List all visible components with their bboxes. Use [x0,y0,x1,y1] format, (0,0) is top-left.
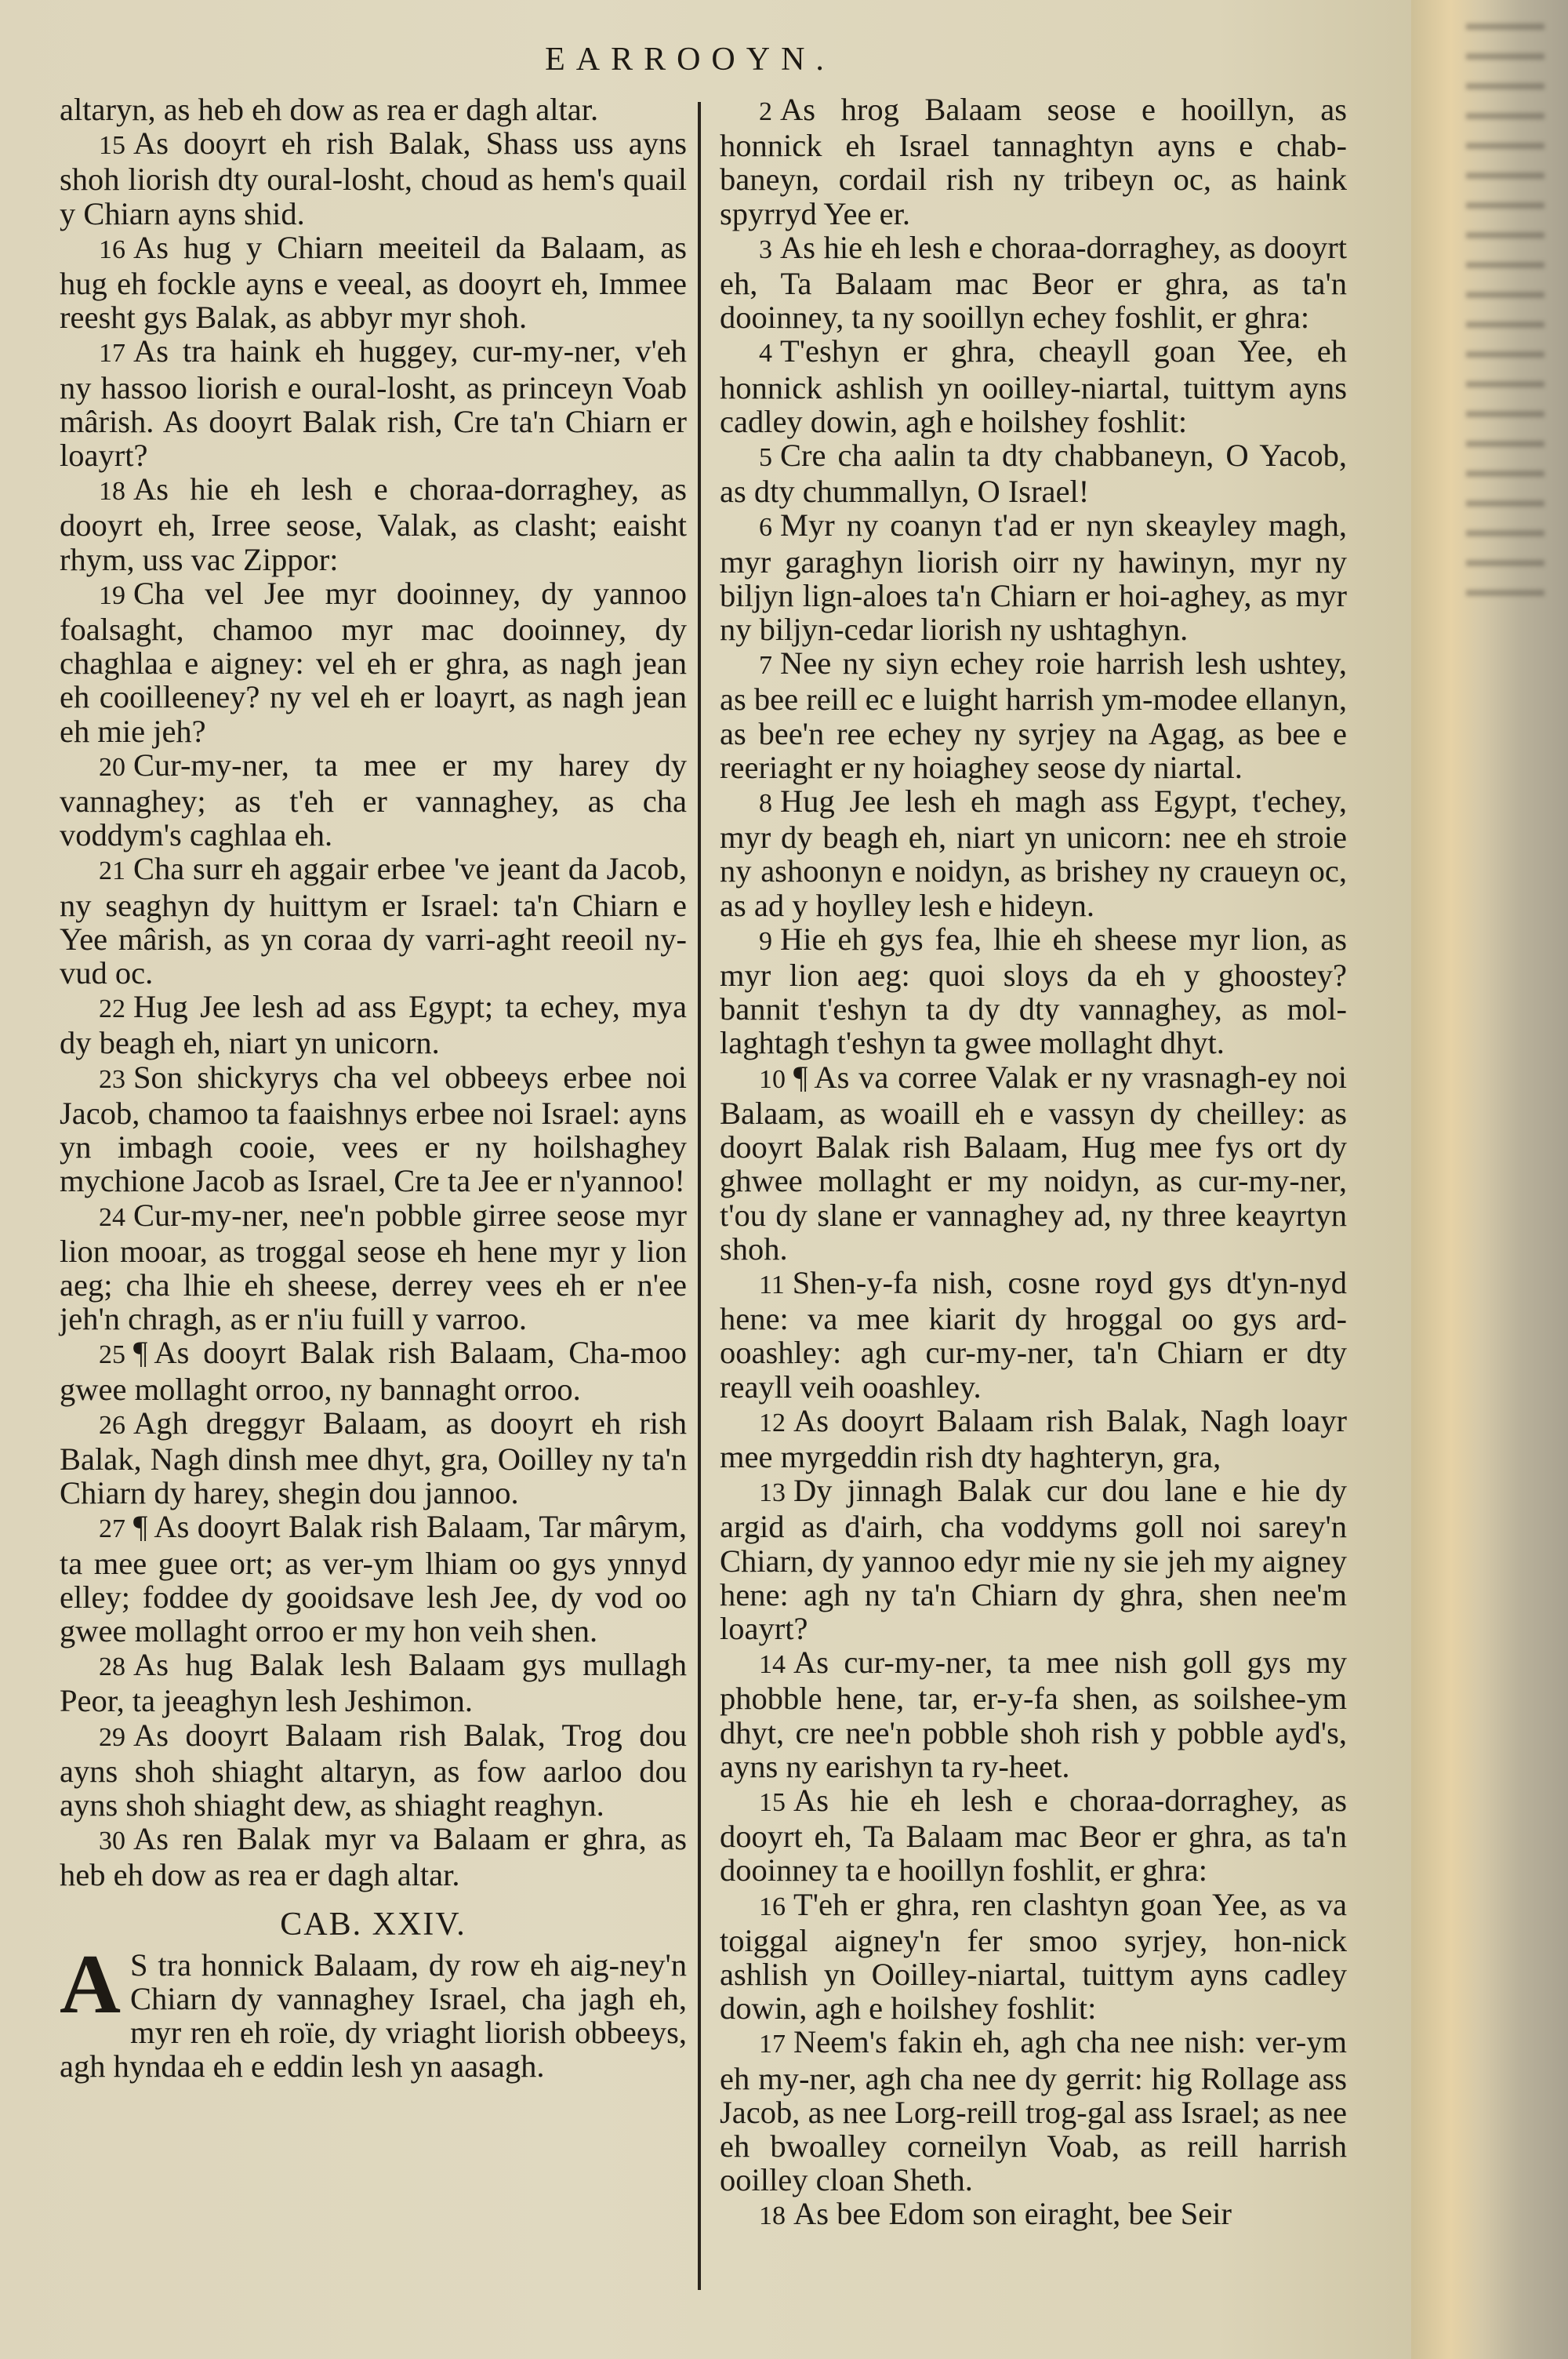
verse-number: 29 [99,1723,125,1752]
verse: 23Son shickyrys cha vel obbeeys erbee no… [60,1060,687,1198]
verse: 5Cre cha aalin ta dty chabbaneyn, O Yaco… [720,438,1347,508]
verse-number: 24 [99,1203,125,1232]
verse-number: 22 [99,994,125,1023]
verse-text: As hug Balak lesh Balaam gys mullagh Peo… [60,1647,687,1718]
verse-number: 2 [759,97,772,126]
verse: 6Myr ny coanyn t'ad er nyn skeayley magh… [720,508,1347,646]
blurred-text-line [1466,322,1544,328]
verse-text: Shen-y-fa nish, cosne royd gys dt'yn-nyd… [720,1265,1347,1405]
verse-number: 9 [759,927,772,956]
verse-text: Hug Jee lesh eh magh ass Egypt, t'echey,… [720,783,1347,923]
verse-number: 13 [759,1478,786,1507]
verse-number: 16 [99,235,125,264]
verse-text: As bee Edom son eiraght, bee Seir [793,2196,1232,2231]
verse: 11Shen-y-fa nish, cosne royd gys dt'yn-n… [720,1266,1347,1404]
verse-number: 15 [99,131,125,160]
blurred-text-line [1466,411,1544,417]
blurred-text-line [1466,590,1544,596]
verse-text: As tra haink eh huggey, cur-my-ner, v'eh… [60,333,687,473]
blurred-text-line [1466,560,1544,566]
verse-number: 18 [99,477,125,506]
right-column: 2As hrog Balaam seose e hooillyn, as hon… [720,93,1347,2234]
verse-number: 14 [759,1650,786,1679]
verse: 7Nee ny siyn echey roie harrish lesh ush… [720,646,1347,784]
verse-text: Myr ny coanyn t'ad er nyn skeayley magh,… [720,507,1347,647]
blurred-text-line [1466,500,1544,507]
verse-number: 25 [99,1340,125,1369]
running-head: EARROOYN. [0,41,1380,78]
verse: 20Cur-my-ner, ta mee er my harey dy vann… [60,748,687,852]
verse-text: As dooyrt eh rish Balak, Shass uss ayns … [60,125,687,231]
verse-text: As hug y Chiarn meeiteil da Balaam, as h… [60,230,687,335]
verse-text: As va corree Valak er ny vrasnagh-ey noi… [720,1060,1347,1267]
verse-text: As dooyrt Balaam rish Balak, Trog dou ay… [60,1717,687,1823]
verse-text: As hrog Balaam seose e hooillyn, as honn… [720,92,1347,231]
verse-number: 30 [99,1826,125,1856]
verse-text: T'eshyn er ghra, cheayll goan Yee, eh ho… [720,333,1347,438]
verse: altaryn, as heb eh dow as rea er dagh al… [60,93,687,126]
verse-text: Cur-my-ner, nee'n pobble girree seose my… [60,1198,687,1337]
verse: 24Cur-my-ner, nee'n pobble girree seose … [60,1198,687,1336]
verse-number: 28 [99,1652,125,1681]
blurred-text-line [1466,53,1544,60]
verse: 13Dy jinnagh Balak cur dou lane e hie dy… [720,1474,1347,1645]
blurred-text-line [1466,441,1544,447]
verse-number: 17 [759,2030,786,2059]
blurred-text-line [1466,292,1544,298]
verse: 27¶As dooyrt Balak rish Balaam, Tar mâry… [60,1510,687,1648]
verse: 25¶As dooyrt Balak rish Balaam, Cha-moo … [60,1336,687,1405]
verse: 16T'eh er ghra, ren clashtyn goan Yee, a… [720,1888,1347,2026]
verse-text: Dy jinnagh Balak cur dou lane e hie dy a… [720,1473,1347,1646]
verse-text: Agh dreggyr Balaam, as dooyrt eh rish Ba… [60,1405,687,1510]
verse: 18As hie eh lesh e choraa-dorraghey, as … [60,472,687,576]
verse: 30As ren Balak myr va Balaam er ghra, as… [60,1822,687,1892]
verse-text: As dooyrt Balak rish Balaam, Tar mârym, … [60,1509,687,1648]
blurred-text-line [1466,173,1544,179]
verse-text: As dooyrt Balaam rish Balak, Nagh loayr … [720,1403,1347,1474]
verse-number: 8 [759,789,772,818]
verse: 21Cha surr eh aggair erbee 've jeant da … [60,852,687,990]
blurred-text-line [1466,143,1544,149]
verse: 12As dooyrt Balaam rish Balak, Nagh loay… [720,1404,1347,1474]
verse: 19Cha vel Jee myr dooinney, dy yannoo fo… [60,576,687,748]
verse-text: Nee ny siyn echey roie harrish lesh usht… [720,645,1347,785]
verse: 14As cur-my-ner, ta mee nish goll gys my… [720,1645,1347,1783]
verse-text: Son shickyrys cha vel obbeeys erbee noi … [60,1060,687,1199]
blurred-text-line [1466,262,1544,268]
drop-cap: A [60,1953,121,2017]
verse-number: 18 [759,2201,786,2230]
verse-text: Hie eh gys fea, lhie eh sheese myr lion,… [720,921,1347,1061]
verse-text: Cur-my-ner, ta mee er my harey dy vannag… [60,747,687,852]
verse-number: 21 [99,856,125,885]
verse-number: 23 [99,1065,125,1094]
blurred-text-line [1466,24,1544,30]
verse-text: Neem's fakin eh, agh cha nee nish: ver-y… [720,2024,1347,2197]
verse: 29As dooyrt Balaam rish Balak, Trog dou … [60,1718,687,1823]
verse-text: As cur-my-ner, ta mee nish goll gys my p… [720,1645,1347,1784]
verse-text: Cha vel Jee myr dooinney, dy yannoo foal… [60,576,687,749]
verse-text: altaryn, as heb eh dow as rea er dagh al… [60,92,598,127]
blurred-text-line [1466,351,1544,358]
verse-text: As dooyrt Balak rish Balaam, Cha-moo gwe… [60,1335,687,1406]
blurred-text-line [1466,232,1544,238]
verse: 15As dooyrt eh rish Balak, Shass uss ayn… [60,126,687,231]
blurred-text-line [1466,113,1544,119]
verse-number: 3 [759,235,772,264]
verse: 18As bee Edom son eiraght, bee Seir [720,2197,1347,2233]
blurred-text-line [1466,381,1544,387]
chapter-opening-paragraph: AS tra honnick Balaam, dy row eh aig-ney… [60,1948,687,2084]
verse-number: 16 [759,1892,786,1921]
verse-text: As hie eh lesh e choraa-dorraghey, as do… [720,1783,1347,1888]
verse-number: 19 [99,581,125,610]
verse-number: 15 [759,1788,786,1817]
blurred-text-line [1466,202,1544,209]
blurred-text-line [1466,471,1544,477]
verse-number: 12 [759,1408,786,1438]
verse-number: 5 [759,443,772,472]
verse: 15As hie eh lesh e choraa-dorraghey, as … [720,1783,1347,1888]
pilcrow-icon: ¶ [133,1509,147,1544]
verse-number: 11 [759,1270,785,1299]
verse-number: 4 [759,339,772,368]
verse-number: 7 [759,651,772,680]
book-page: EARROOYN. altaryn, as heb eh dow as rea … [0,0,1427,2359]
column-divider [698,102,701,2290]
verse: 4T'eshyn er ghra, cheayll goan Yee, eh h… [720,334,1347,438]
verse-text: Hug Jee lesh ad ass Egypt; ta echey, mya… [60,989,687,1060]
pilcrow-icon: ¶ [793,1060,808,1095]
verse: 28As hug Balak lesh Balaam gys mullagh P… [60,1648,687,1717]
verse-number: 6 [759,513,772,542]
verse-text: T'eh er ghra, ren clashtyn goan Yee, as … [720,1887,1347,2026]
verse: 2As hrog Balaam seose e hooillyn, as hon… [720,93,1347,231]
verse: 8Hug Jee lesh eh magh ass Egypt, t'echey… [720,784,1347,922]
verse-text: As ren Balak myr va Balaam er ghra, as h… [60,1821,687,1892]
verse-number: 10 [759,1065,786,1094]
verse: 16As hug y Chiarn meeiteil da Balaam, as… [60,231,687,335]
blurred-text-line [1466,530,1544,536]
pilcrow-icon: ¶ [133,1335,147,1370]
verse: 10¶As va corree Valak er ny vrasnagh-ey … [720,1060,1347,1266]
verse-number: 27 [99,1514,125,1543]
verse-number: 17 [99,339,125,368]
verse-text: Cha surr eh aggair erbee 've jeant da Ja… [60,851,687,990]
verse: 22Hug Jee lesh ad ass Egypt; ta echey, m… [60,990,687,1060]
verse: 17Neem's fakin eh, agh cha nee nish: ver… [720,2025,1347,2197]
verse: 17As tra haink eh huggey, cur-my-ner, v'… [60,334,687,472]
verse: 3As hie eh lesh e choraa-dorraghey, as d… [720,231,1347,335]
verse: 26Agh dreggyr Balaam, as dooyrt eh rish … [60,1406,687,1510]
verse-number: 26 [99,1411,125,1440]
verse: 9Hie eh gys fea, lhie eh sheese myr lion… [720,922,1347,1060]
verse-number: 20 [99,753,125,782]
chapter-heading: CAB. XXIV. [60,1908,687,1942]
verse-text: As hie eh lesh e choraa-dorraghey, as do… [60,471,687,576]
blurred-text-line [1466,83,1544,89]
verse-text: As hie eh lesh e choraa-dorraghey, as do… [720,230,1347,335]
facing-page-edge [1411,0,1568,2359]
chapter-opening-text: S tra honnick Balaam, dy row eh aig-ney'… [60,1947,687,2085]
left-column: altaryn, as heb eh dow as rea er dagh al… [60,93,687,2084]
verse-text: Cre cha aalin ta dty chabbaneyn, O Yacob… [720,438,1347,509]
